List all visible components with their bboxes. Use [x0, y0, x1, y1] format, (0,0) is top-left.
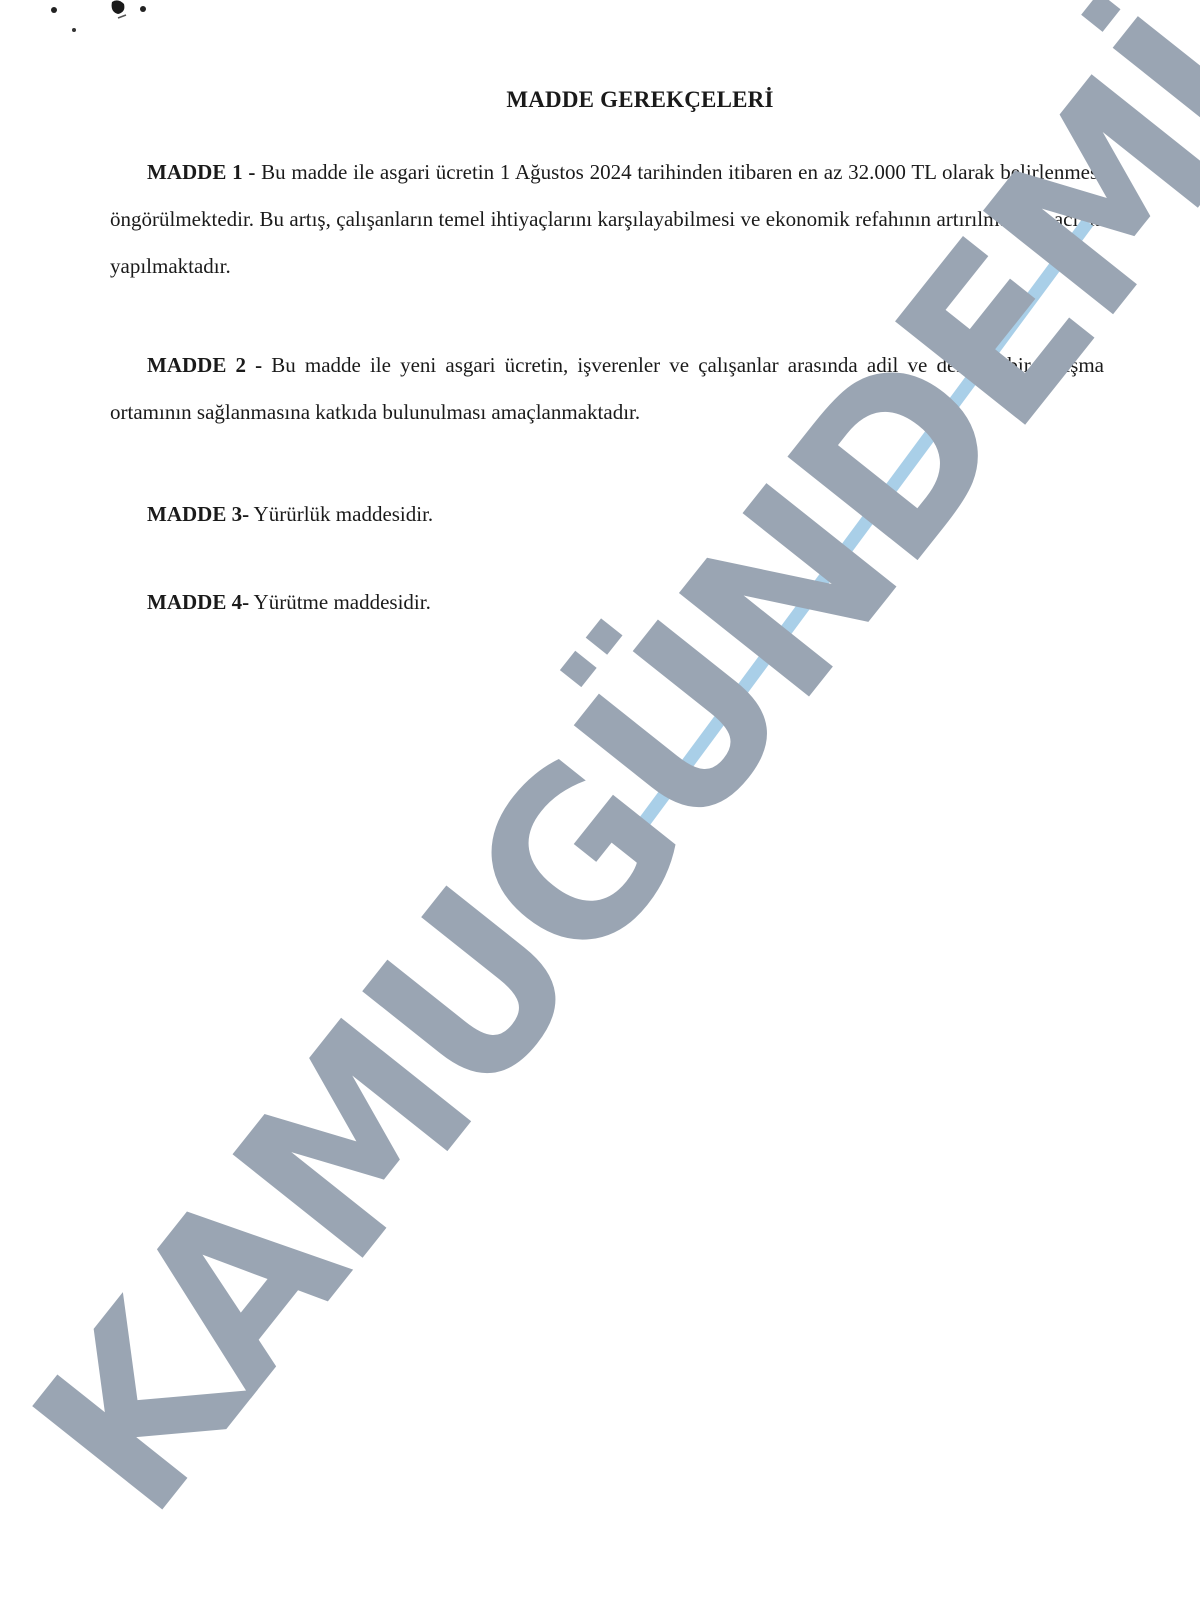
article-2: MADDE 2 - Bu madde ile yeni asgari ücret… [110, 342, 1104, 436]
article-label: MADDE 4- [147, 590, 249, 614]
article-label: MADDE 3- [147, 502, 249, 526]
article-text: Bu madde ile asgari ücretin 1 Ağustos 20… [110, 160, 1104, 278]
article-label: MADDE 1 - [147, 160, 255, 184]
page-title: MADDE GEREKÇELERİ [0, 87, 1200, 113]
scan-specks [0, 0, 200, 50]
article-text: Yürütme maddesidir. [249, 590, 431, 614]
article-3: MADDE 3- Yürürlük maddesidir. [110, 491, 1104, 538]
article-1: MADDE 1 - Bu madde ile asgari ücretin 1 … [110, 149, 1104, 290]
article-text: Yürürlük maddesidir. [249, 502, 433, 526]
article-4: MADDE 4- Yürütme maddesidir. [110, 579, 1104, 626]
article-label: MADDE 2 - [147, 353, 262, 377]
document-page: MADDE GEREKÇELERİ MADDE 1 - Bu madde ile… [0, 0, 1200, 1600]
